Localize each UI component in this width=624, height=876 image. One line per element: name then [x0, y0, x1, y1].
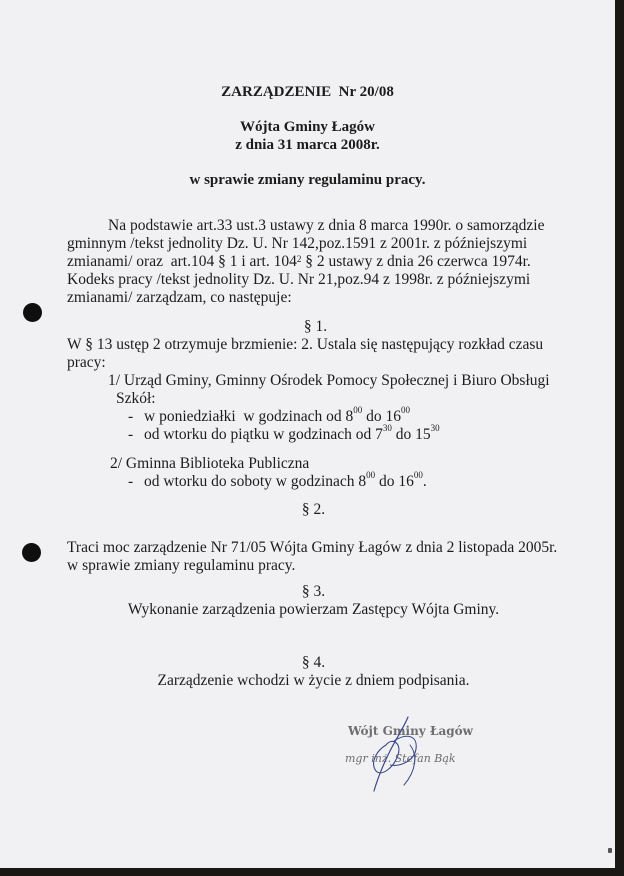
schedule-bullet: -od wtorku do soboty w godzinach 800 do … [128, 473, 427, 491]
document-title: ZARZĄDZENIE Nr 20/08 [0, 84, 615, 101]
item-1-heading: 1/ Urząd Gminy, Gminny Ośrodek Pomocy Sp… [108, 372, 550, 390]
item-2-heading: 2/ Gminna Biblioteka Publiczna [110, 455, 309, 473]
section-2-text-cont: w sprawie zmiany regulaminu pracy. [67, 557, 295, 575]
document-subject: w sprawie zmiany regulaminu pracy. [0, 172, 615, 189]
section-2-mark: § 2. [6, 501, 621, 519]
section-1-mark: § 1. [8, 318, 623, 336]
preamble-line: Na podstawie art.33 ust.3 ustawy z dnia … [67, 217, 544, 235]
preamble-line: zmianami/ oraz art.104 § 1 i art. 1042 §… [67, 253, 544, 271]
section-4-text: Zarządzenie wchodzi w życie z dniem podp… [6, 672, 621, 690]
schedule-bullet: -w poniedziałki w godzinach od 800 do 16… [128, 408, 410, 426]
section-2-text: Traci moc zarządzenie Nr 71/05 Wójta Gmi… [67, 539, 557, 557]
preamble-paragraph: Na podstawie art.33 ust.3 ustawy z dnia … [67, 217, 544, 307]
preamble-line: Kodeks pracy /tekst jednolity Dz. U. Nr … [67, 271, 544, 289]
scan-speck [608, 848, 612, 853]
section-1-intro-cont: pracy: [67, 354, 106, 372]
section-1-intro: W § 13 ustęp 2 otrzymuje brzmienie: 2. U… [67, 336, 543, 354]
scanned-document-page: ZARZĄDZENIE Nr 20/08 Wójta Gminy Łagów z… [0, 0, 615, 868]
section-3-text: Wykonanie zarządzenia powierzam Zastępcy… [6, 601, 621, 619]
scanner-edge-right [615, 0, 624, 876]
schedule-bullet: -od wtorku do piątku w godzinach od 730 … [128, 426, 440, 444]
section-3-mark: § 3. [6, 583, 621, 601]
document-issuer: Wójta Gminy Łagów [0, 119, 615, 136]
item-1-heading-cont: Szkół: [116, 390, 156, 408]
scanner-edge-bottom [0, 868, 624, 876]
preamble-line: gminnym /tekst jednolity Dz. U. Nr 142,p… [67, 235, 544, 253]
binder-hole-bottom [22, 543, 41, 562]
preamble-line: zmianami/ zarządzam, co następuje: [67, 289, 544, 307]
handwritten-signature [360, 715, 440, 795]
section-4-mark: § 4. [6, 654, 621, 672]
document-date: z dnia 31 marca 2008r. [0, 137, 615, 154]
